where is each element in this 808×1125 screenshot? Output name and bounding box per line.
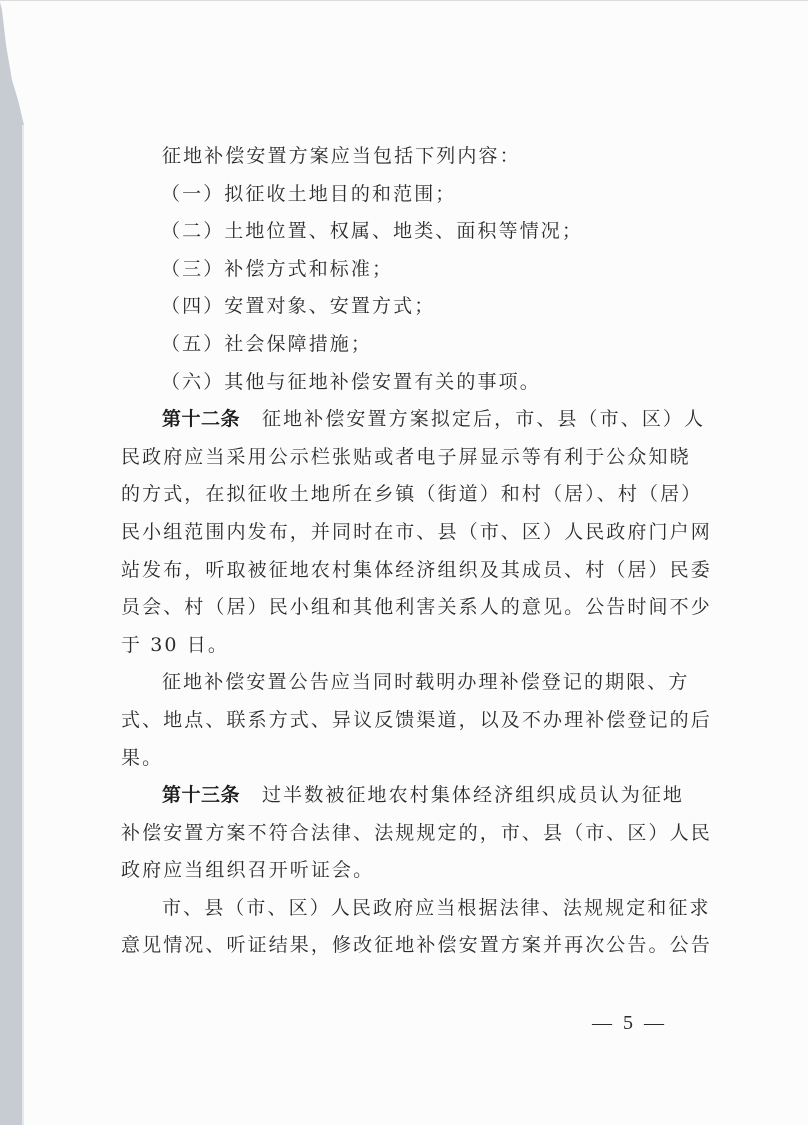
- list-item: （一）拟征收土地目的和范围；: [121, 176, 703, 214]
- list-item: （三）补偿方式和标准；: [121, 251, 703, 289]
- article-13-line: 补偿安置方案不符合法律、法规规定的，市、县（市、区）人民: [121, 815, 703, 853]
- article-12-line: 于 30 日。: [121, 627, 703, 665]
- article-12-text: 征地补偿安置方案拟定后，市、县（市、区）人: [262, 408, 705, 430]
- list-item: （六）其他与征地补偿安置有关的事项。: [121, 364, 703, 402]
- list-item: （二）土地位置、权属、地类、面积等情况；: [121, 213, 703, 251]
- page-edge-highlight: [22, 125, 24, 1125]
- list-item: （五）社会保障措施；: [121, 326, 703, 364]
- article-12-line: 员会、村（居）民小组和其他利害关系人的意见。公告时间不少: [121, 589, 703, 627]
- document-body: 征地补偿安置方案应当包括下列内容： （一）拟征收土地目的和范围； （二）土地位置…: [121, 138, 703, 965]
- article-12-line: 的方式，在拟征收土地所在乡镇（街道）和村（居）、村（居）: [121, 476, 703, 514]
- page-number: — 5 —: [592, 1012, 667, 1035]
- article-12-line: 民政府应当采用公示栏张贴或者电子屏显示等有利于公众知晓: [121, 439, 703, 477]
- article-13-paragraph-2-line: 意见情况、听证结果，修改征地补偿安置方案并再次公告。公告: [121, 927, 703, 965]
- article-12-first-line: 第十二条征地补偿安置方案拟定后，市、县（市、区）人: [121, 401, 703, 439]
- scanned-page-edge: [0, 0, 24, 1125]
- article-12-paragraph-2-line: 征地补偿安置公告应当同时载明办理补偿登记的期限、方: [121, 664, 703, 702]
- article-13-text: 过半数被征地农村集体经济组织成员认为征地: [262, 784, 684, 806]
- article-12-paragraph-2-line: 果。: [121, 740, 703, 778]
- article-12-paragraph-2-line: 式、地点、联系方式、异议反馈渠道，以及不办理补偿登记的后: [121, 702, 703, 740]
- scan-top-border: [0, 0, 808, 1]
- article-12-heading: 第十二条: [162, 408, 240, 430]
- intro-paragraph: 征地补偿安置方案应当包括下列内容：: [121, 138, 703, 176]
- article-12-line: 站发布，听取被征地农村集体经济组织及其成员、村（居）民委: [121, 552, 703, 590]
- list-item: （四）安置对象、安置方式；: [121, 288, 703, 326]
- article-13-heading: 第十三条: [162, 784, 240, 806]
- article-13-line: 政府应当组织召开听证会。: [121, 852, 703, 890]
- article-13-paragraph-2-line: 市、县（市、区）人民政府应当根据法律、法规规定和征求: [121, 890, 703, 928]
- article-12-line: 民小组范围内发布，并同时在市、县（市、区）人民政府门户网: [121, 514, 703, 552]
- article-13-first-line: 第十三条过半数被征地农村集体经济组织成员认为征地: [121, 777, 703, 815]
